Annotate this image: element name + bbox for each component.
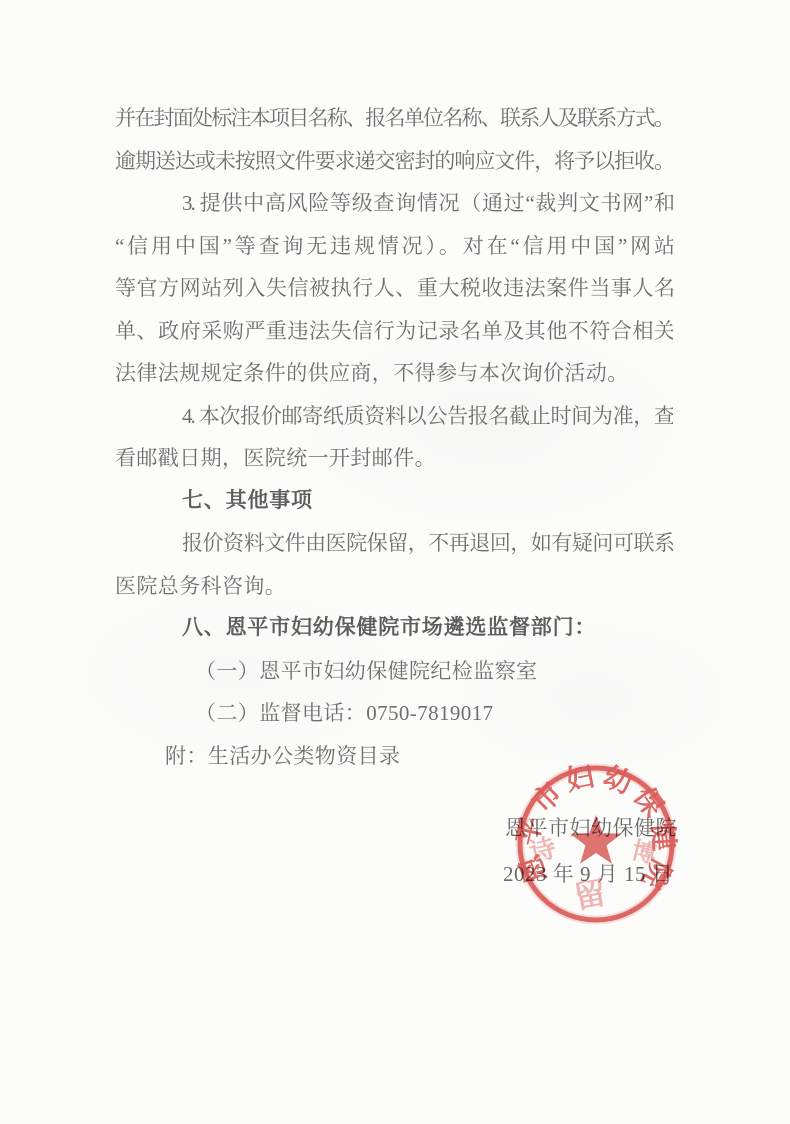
document-line: 并在封面处标注本项目名称、报名单位名称、联系人及联系方式。 (115, 97, 673, 140)
document-line: （一）恩平市妇幼保健院纪检监察室 (115, 650, 673, 693)
section-heading: 七、其他事项 (115, 480, 673, 523)
document-line: 逾期送达或未按照文件要求递交密封的响应文件，将予以拒收。 (115, 140, 673, 183)
document-line: “信用中国”等查询无违规情况）。对在“信用中国”网站 (115, 225, 673, 268)
seal-ring (520, 768, 672, 920)
seal-ring-halo (520, 768, 672, 920)
attachment-line: 附：生活办公类物资目录 (115, 735, 673, 778)
signature-date: 2023 年 9 月 15 日 (503, 858, 673, 888)
document-line: 等官方网站列入失信被执行人、重大税收违法案件当事人名 (115, 267, 673, 310)
seal-graphic: 恩平市妇幼保健院 诗 留 博 (508, 756, 684, 932)
document-body: 并在封面处标注本项目名称、报名单位名称、联系人及联系方式。 逾期送达或未按照文件… (115, 97, 673, 777)
document-line: 单、政府采购严重违法失信行为记录名单及其他不符合相关 (115, 310, 673, 353)
document-line: 看邮戳日期，医院统一开封邮件。 (115, 437, 673, 480)
document-line: 医院总务科咨询。 (115, 565, 673, 608)
document-page: 并在封面处标注本项目名称、报名单位名称、联系人及联系方式。 逾期送达或未按照文件… (0, 0, 790, 1124)
section-heading: 八、恩平市妇幼保健院市场遴选监督部门： (115, 607, 673, 650)
signature-org: 恩平市妇幼保健院 (505, 812, 677, 842)
document-line: 4. 本次报价邮寄纸质资料以公告报名截止时间为准，查 (115, 395, 673, 438)
official-seal: 恩平市妇幼保健院 诗 留 博 (508, 756, 684, 932)
document-line: 法律法规规定条件的供应商，不得参与本次询价活动。 (115, 352, 673, 395)
document-line: 报价资料文件由医院保留，不再退回，如有疑问可联系 (115, 522, 673, 565)
document-line: 3. 提供中高风险等级查询情况（通过“裁判文书网”和 (115, 182, 673, 225)
document-line: （二）监督电话：0750-7819017 (115, 692, 673, 735)
